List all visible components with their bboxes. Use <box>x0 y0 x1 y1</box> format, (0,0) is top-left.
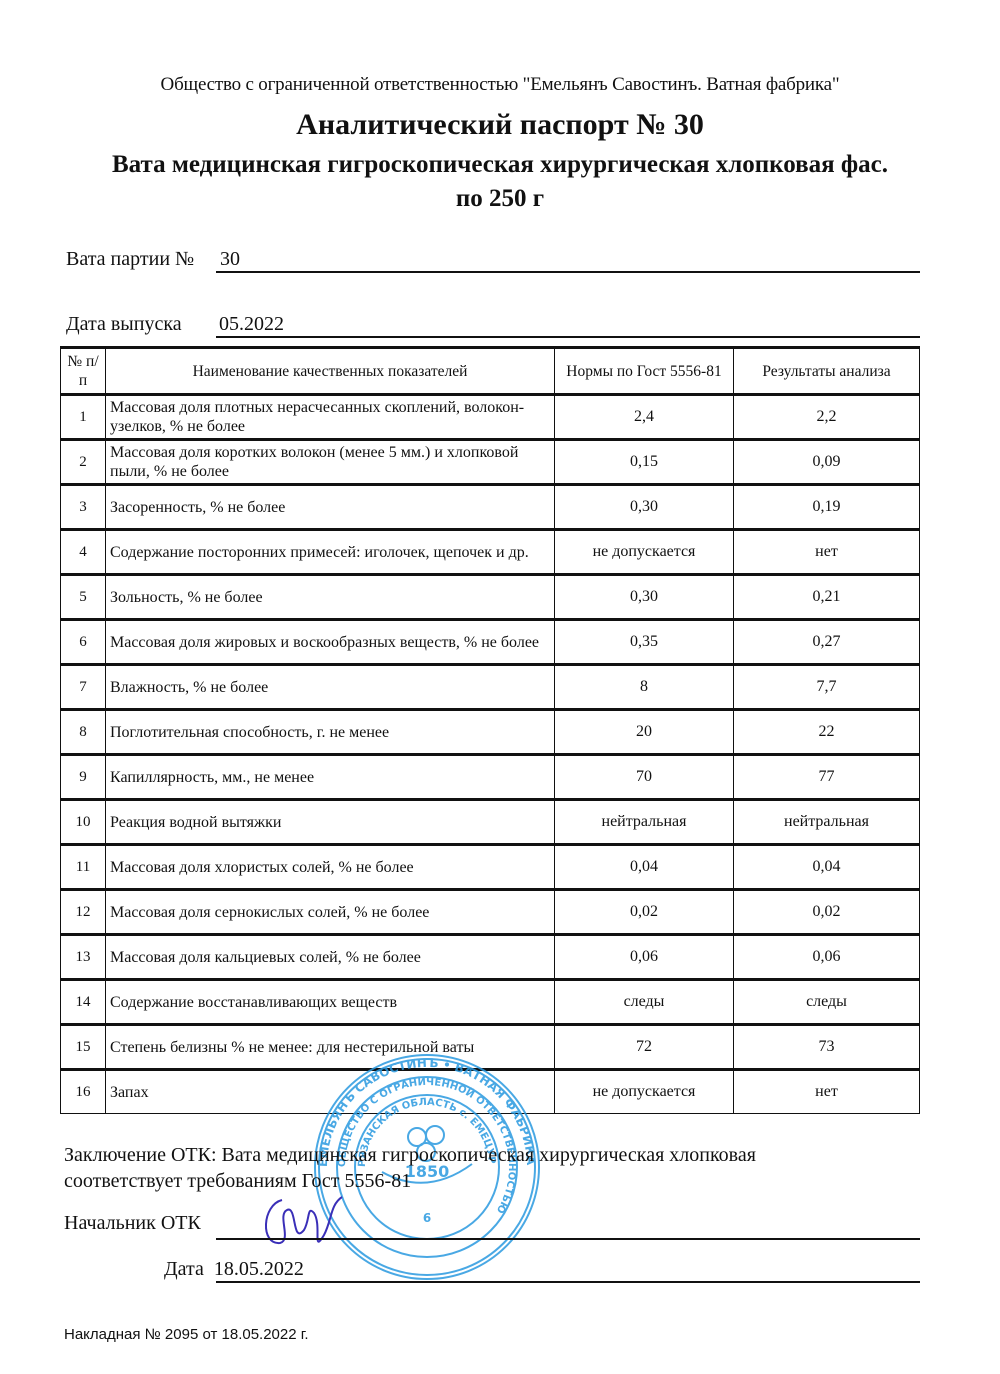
cell-norm: 0,35 <box>555 620 734 665</box>
cell-num: 1 <box>61 395 106 440</box>
table-row: 14Содержание восстанавливающих веществсл… <box>61 980 920 1025</box>
cell-result: 7,7 <box>734 665 920 710</box>
product-title: Вата медицинская гигроскопическая хирург… <box>60 148 940 216</box>
cell-name: Массовая доля хлористых солей, % не боле… <box>106 845 555 890</box>
stamp-number: 6 <box>423 1211 431 1225</box>
conclusion-line2: соответствует требованиям Гост 5556-81 <box>64 1168 864 1194</box>
cell-num: 2 <box>61 440 106 485</box>
sign-date-value: 18.05.2022 <box>214 1258 304 1280</box>
cell-norm: 0,02 <box>555 890 734 935</box>
cell-norm: 2,4 <box>555 395 734 440</box>
cell-norm: 72 <box>555 1025 734 1070</box>
table-row: 10Реакция водной вытяжкинейтральнаянейтр… <box>61 800 920 845</box>
cell-result: 0,09 <box>734 440 920 485</box>
cell-name: Зольность, % не более <box>106 575 555 620</box>
cell-norm: следы <box>555 980 734 1025</box>
cell-num: 13 <box>61 935 106 980</box>
cell-result: следы <box>734 980 920 1025</box>
table-header-row: № п/п Наименование качественных показате… <box>61 348 920 395</box>
cell-name: Содержание восстанавливающих веществ <box>106 980 555 1025</box>
product-title-line2: по 250 г <box>60 182 940 216</box>
cell-result: 0,02 <box>734 890 920 935</box>
table-row: 11Массовая доля хлористых солей, % не бо… <box>61 845 920 890</box>
document-title: Аналитический паспорт № 30 <box>0 108 1000 142</box>
release-date-underline <box>216 336 920 338</box>
batch-value: 30 <box>220 248 240 271</box>
release-date-label: Дата выпуска <box>66 313 182 336</box>
cell-num: 16 <box>61 1070 106 1114</box>
quality-table: № п/п Наименование качественных показате… <box>60 346 920 1114</box>
cell-result: 0,21 <box>734 575 920 620</box>
cell-name: Массовая доля коротких волокон (менее 5 … <box>106 440 555 485</box>
organization-name: Общество с ограниченной ответственностью… <box>0 74 1000 96</box>
header-num: № п/п <box>61 348 106 395</box>
batch-underline <box>216 271 920 273</box>
cell-result: 0,06 <box>734 935 920 980</box>
cell-norm: 70 <box>555 755 734 800</box>
cell-num: 8 <box>61 710 106 755</box>
cell-norm: 0,06 <box>555 935 734 980</box>
table-row: 9Капиллярность, мм., не менее7077 <box>61 755 920 800</box>
cell-num: 5 <box>61 575 106 620</box>
cell-name: Реакция водной вытяжки <box>106 800 555 845</box>
sign-date-label-text: Дата <box>164 1258 204 1280</box>
cell-norm: нейтральная <box>555 800 734 845</box>
cell-result: нейтральная <box>734 800 920 845</box>
conclusion-line1: Заключение ОТК: Вата медицинская гигроск… <box>64 1142 864 1168</box>
cell-name: Массовая доля кальциевых солей, % не бол… <box>106 935 555 980</box>
cell-name: Массовая доля плотных нерасчесанных скоп… <box>106 395 555 440</box>
table-row: 8Поглотительная способность, г. не менее… <box>61 710 920 755</box>
table-row: 4Содержание посторонних примесей: иголоч… <box>61 530 920 575</box>
table-row: 6Массовая доля жировых и воскообразных в… <box>61 620 920 665</box>
cell-num: 6 <box>61 620 106 665</box>
cell-num: 15 <box>61 1025 106 1070</box>
cell-norm: не допускается <box>555 1070 734 1114</box>
cell-num: 11 <box>61 845 106 890</box>
release-date-value: 05.2022 <box>219 313 284 336</box>
product-title-line1: Вата медицинская гигроскопическая хирург… <box>60 148 940 182</box>
cell-result: 77 <box>734 755 920 800</box>
table-row: 5Зольность, % не более0,300,21 <box>61 575 920 620</box>
cell-result: 0,19 <box>734 485 920 530</box>
header-norm: Нормы по Гост 5556-81 <box>555 348 734 395</box>
cell-norm: 0,15 <box>555 440 734 485</box>
cell-name: Массовая доля сернокислых солей, % не бо… <box>106 890 555 935</box>
cell-result: 0,04 <box>734 845 920 890</box>
cell-num: 14 <box>61 980 106 1025</box>
batch-label: Вата партии № <box>66 248 194 271</box>
cell-result: нет <box>734 530 920 575</box>
cell-num: 4 <box>61 530 106 575</box>
table-row: 3Засоренность, % не более0,300,19 <box>61 485 920 530</box>
table-row: 7Влажность, % не более87,7 <box>61 665 920 710</box>
cell-name: Влажность, % не более <box>106 665 555 710</box>
cell-result: 73 <box>734 1025 920 1070</box>
table-row: 2Массовая доля коротких волокон (менее 5… <box>61 440 920 485</box>
cell-result: 22 <box>734 710 920 755</box>
cell-name: Массовая доля жировых и воскообразных ве… <box>106 620 555 665</box>
cell-norm: 0,04 <box>555 845 734 890</box>
cell-num: 9 <box>61 755 106 800</box>
table-row: 12Массовая доля сернокислых солей, % не … <box>61 890 920 935</box>
cell-num: 7 <box>61 665 106 710</box>
cell-result: 2,2 <box>734 395 920 440</box>
table-row: 13Массовая доля кальциевых солей, % не б… <box>61 935 920 980</box>
cell-num: 12 <box>61 890 106 935</box>
cell-name: Засоренность, % не более <box>106 485 555 530</box>
cell-norm: 20 <box>555 710 734 755</box>
cell-result: нет <box>734 1070 920 1114</box>
signature-icon <box>252 1185 352 1265</box>
date-underline <box>216 1281 920 1283</box>
cell-norm: не допускается <box>555 530 734 575</box>
cell-num: 3 <box>61 485 106 530</box>
cell-result: 0,27 <box>734 620 920 665</box>
invoice-note: Накладная № 2095 от 18.05.2022 г. <box>64 1326 309 1343</box>
qc-head-label: Начальник ОТК <box>64 1212 201 1235</box>
cell-num: 10 <box>61 800 106 845</box>
header-result: Результаты анализа <box>734 348 920 395</box>
cell-norm: 0,30 <box>555 575 734 620</box>
cell-name: Содержание посторонних примесей: иголоче… <box>106 530 555 575</box>
sign-date-label: Дата 18.05.2022 <box>164 1258 304 1281</box>
cell-norm: 8 <box>555 665 734 710</box>
table-row: 1Массовая доля плотных нерасчесанных ско… <box>61 395 920 440</box>
qc-conclusion: Заключение ОТК: Вата медицинская гигроск… <box>64 1142 864 1194</box>
cell-norm: 0,30 <box>555 485 734 530</box>
header-name: Наименование качественных показателей <box>106 348 555 395</box>
cell-name: Капиллярность, мм., не менее <box>106 755 555 800</box>
signature-underline <box>216 1238 920 1240</box>
cell-name: Поглотительная способность, г. не менее <box>106 710 555 755</box>
